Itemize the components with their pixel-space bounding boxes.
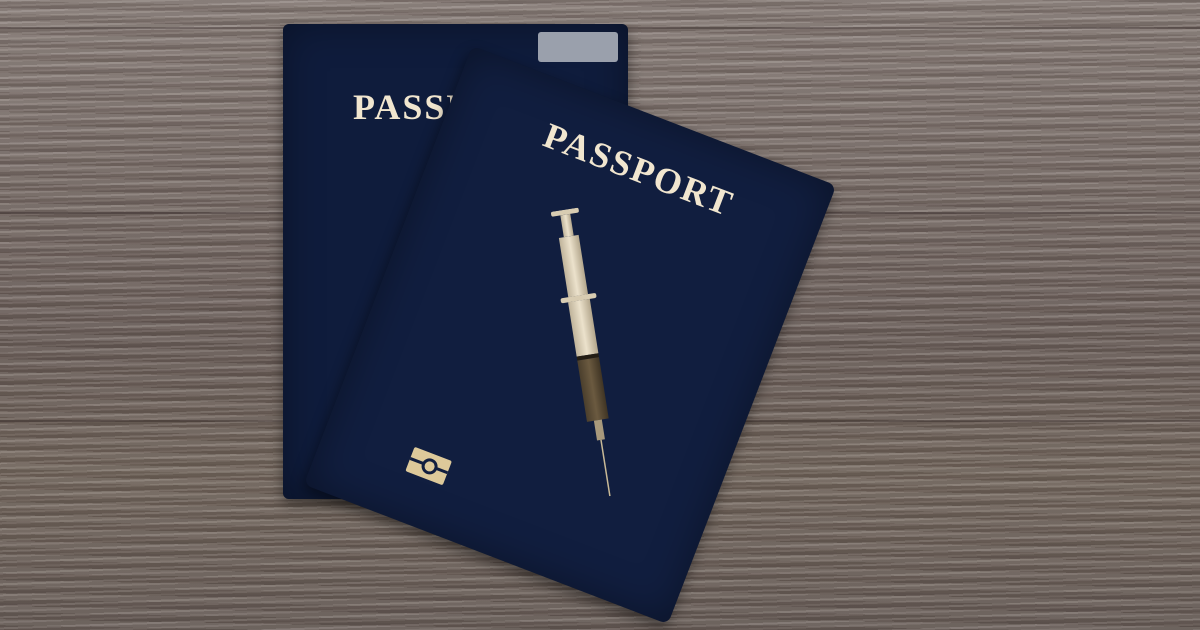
biometric-chip-icon (405, 447, 452, 486)
wood-table-background: PASSP PASSPORT (0, 0, 1200, 630)
inner-page-edge (538, 32, 618, 62)
syringe-icon (545, 207, 630, 500)
